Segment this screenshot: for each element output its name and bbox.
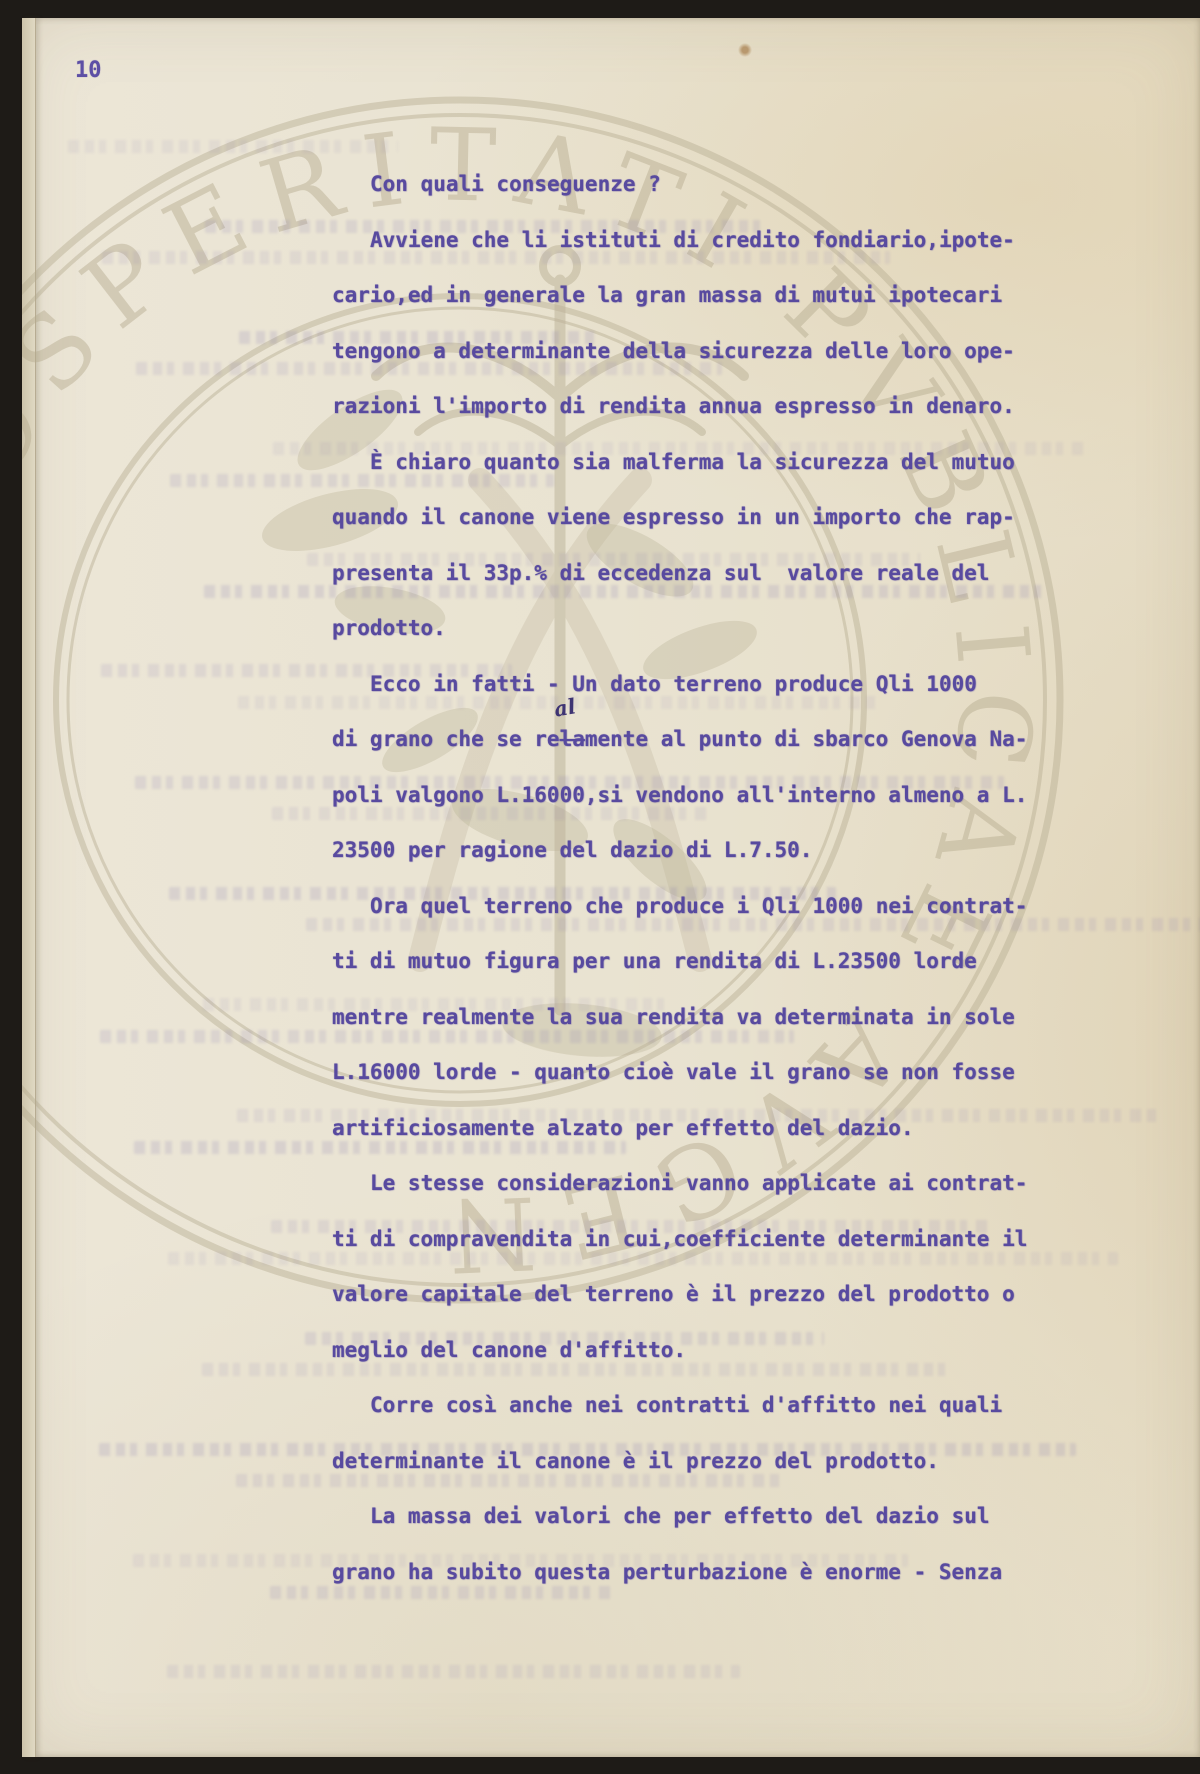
typed-line: mentre realmente la sua rendita va deter… — [332, 990, 1072, 1046]
typed-line: prodotto. — [332, 601, 1072, 657]
document-page: PROSPERITATI PVBLICAE AVGENDAE — [22, 18, 1200, 1757]
typed-line: ti di compravendita in cui,coefficiente … — [332, 1212, 1072, 1268]
typed-text-block: Con quali conseguenze ?Avviene che li is… — [332, 157, 1072, 1600]
typed-line: quando il canone viene espresso in un im… — [332, 490, 1072, 546]
typed-line: poli valgono L.16000,si vendono all'inte… — [332, 768, 1072, 824]
typed-line: Corre così anche nei contratti d'affitto… — [332, 1378, 1072, 1434]
typed-line: grano ha subito questa perturbazione è e… — [332, 1545, 1072, 1601]
handwritten-correction: al — [552, 695, 577, 719]
typed-line: Ecco in fatti - Un dato terreno produce … — [332, 657, 1072, 713]
struck-typo: laal — [560, 727, 585, 751]
typed-line: La massa dei valori che per effetto del … — [332, 1489, 1072, 1545]
bleedthrough-line — [167, 1665, 740, 1678]
typed-line: 23500 per ragione del dazio di L.7.50. — [332, 823, 1072, 879]
typed-line: valore capitale del terreno è il prezzo … — [332, 1267, 1072, 1323]
typed-line: Con quali conseguenze ? — [332, 157, 1072, 213]
typed-line: razioni l'importo di rendita annua espre… — [332, 379, 1072, 435]
typed-line: presenta il 33p.% di eccedenza sul valor… — [332, 546, 1072, 602]
page-number: 10 — [75, 58, 102, 83]
typed-line: L.16000 lorde - quanto cioè vale il gran… — [332, 1045, 1072, 1101]
bleedthrough-line — [68, 140, 398, 153]
typed-line: cario,ed in generale la gran massa di mu… — [332, 268, 1072, 324]
typed-line: È chiaro quanto sia malferma la sicurezz… — [332, 435, 1072, 491]
typed-fragment: di grano che se re — [332, 727, 560, 751]
typed-line: di grano che se relaalmente al punto di … — [332, 712, 1072, 768]
typed-line: determinante il canone è il prezzo del p… — [332, 1434, 1072, 1490]
typed-line: meglio del canone d'affitto. — [332, 1323, 1072, 1379]
typed-line: artificiosamente alzato per effetto del … — [332, 1101, 1072, 1157]
typed-line: tengono a determinante della sicurezza d… — [332, 324, 1072, 380]
typed-line: Ora quel terreno che produce i Qli 1000 … — [332, 879, 1072, 935]
typed-fragment: mente al punto di sbarco Genova Na- — [585, 727, 1028, 751]
typed-line: ti di mutuo figura per una rendita di L.… — [332, 934, 1072, 990]
typed-line: Le stesse considerazioni vanno applicate… — [332, 1156, 1072, 1212]
scan-background: PROSPERITATI PVBLICAE AVGENDAE — [0, 0, 1200, 1774]
typed-line: Avviene che li istituti di credito fondi… — [332, 213, 1072, 269]
